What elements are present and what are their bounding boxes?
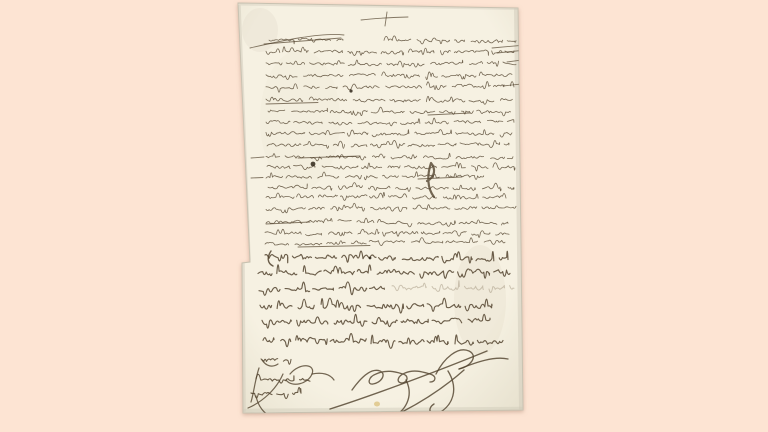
margin-dash-line13	[251, 178, 263, 179]
paper-stain	[454, 245, 506, 355]
paper-stain	[374, 402, 380, 407]
ink-blot	[349, 89, 352, 92]
ink-blot	[369, 257, 372, 260]
ink-blot	[311, 162, 316, 167]
manuscript-photograph	[0, 0, 768, 432]
paper-stain	[260, 50, 340, 190]
manuscript-page-svg	[0, 0, 768, 432]
